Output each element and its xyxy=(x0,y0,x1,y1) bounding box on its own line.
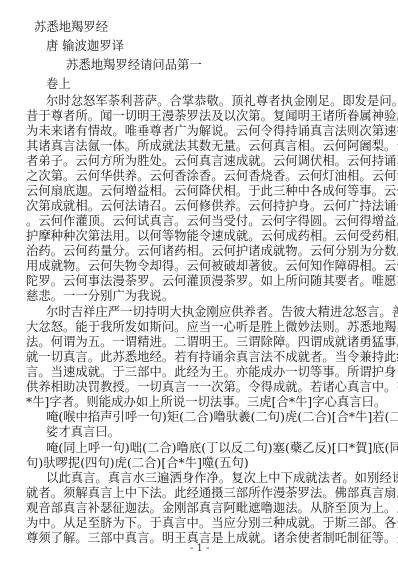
text-line: 者弟子。云何方所为胜处。云何真言速成就。云何调伏相。云何持诵真言方便 xyxy=(26,154,398,169)
mantra-line: 唵(喉中掐声引呼一句)矩(二合)噜驮羲(二句)虎(二合)[合*牛]若(二句) xyxy=(46,410,398,425)
text-line: 尊须了解。三部中真言。明王真言是上成就。诸余使者制吒制征等。是下成就 xyxy=(26,531,398,546)
text-line: 言。当速成就。于三部中。此经为王。亦能成办一切等事。所谓护身召请结界 xyxy=(26,365,398,380)
text-line: 大忿怒。能于我所发如斯问。应当一心听是胜上微妙法则。苏悉地羯罗五庄严 xyxy=(26,320,398,335)
text-line: 就一切真言。此苏悉地经。若有持诵余真言法不成就者。当令兼持此经根本真 xyxy=(26,350,398,365)
text-line: 以此真言。真言水三遍洒身作净。复次上中下成就法者。如别经说。求成 xyxy=(46,471,398,486)
text-line: 陀罗。云何事法漫荼罗。云何灌顶漫荼罗。如上所问随其要者。唯愿尊者具大 xyxy=(26,274,398,289)
text-line: 用成就物。云何失物令却得。云何被破却著彼。云何知作障碍相。云何成就漫 xyxy=(26,259,398,274)
text-line: 之次第。云何华供养。云何香涂香。云何香烧香。云何灯油相。云何食供养。 xyxy=(26,169,398,184)
text-line: 护摩种种次第法用。以何等物能令速成就。云何成药相。云何受药相。云何净 xyxy=(26,229,398,244)
sutra-title: 苏悉地羯罗经 xyxy=(34,20,108,35)
page-number: - 1 - xyxy=(190,543,209,555)
text-line: 尔时忿怒军荼利菩萨。合掌恭敬。顶礼尊者执金刚足。即发是问。我时往 xyxy=(46,94,398,109)
text-line: 法。何谓为五。一谓精进。二谓明王。三谓除障。四谓成就诸勇猛事。五谓成 xyxy=(26,335,398,350)
text-line: 云何扇底迦。云何增益相。云何降伏相。于此三种中各成何等事。云何上中下 xyxy=(26,184,398,199)
text-line: 其诸真言法氤一体。所成就法其数无量。云何真言相。云何阿阇梨。云何成就 xyxy=(26,139,398,154)
text-line: 昔于尊者所。闻一切明王漫荼罗法及以次第。复闻明王诸所眷属神验威德。愿 xyxy=(26,109,398,124)
mantra-line: 娑才真言曰。 xyxy=(46,425,120,440)
mantra-line: 句)驮啰抳(四句)虎(二合)[合*牛]噬(五句) xyxy=(26,456,249,471)
translator-line: 唐 输波迦罗译 xyxy=(46,39,124,54)
text-line: 观音部真言补瑟征迦法。金刚部真言阿毗遮噜迦法。从脐至顶为上。从脐至膝 xyxy=(26,501,398,516)
mantra-line: 唵(同上呼一句)咄(二合)噜底(丁以反二句)塞(蘗乙反)[口*賀]底(同上三 xyxy=(46,441,398,456)
text-line: 尔时吉祥庄严一切持明大执金刚应供养者。告彼大精进忿怒言。善哉善哉 xyxy=(46,305,398,320)
text-line: *牛]字者。则能成办如上所说一切法事。三虎[合*牛]字心真言曰。 xyxy=(26,395,386,410)
chapter-title: 苏悉地羯罗经请问品第一 xyxy=(66,58,202,73)
text-line: 供养相助决罚教授。一切真言一一次第。令得成就。若诸心真言中。有三虎[合 xyxy=(26,380,398,395)
text-line: 。云何作灌顶。云何试真言。云何当受付。云何字得圆。云何得增益。云何作 xyxy=(26,214,398,229)
text-line: 治药。云何药量分。云何诸药相。云何护诸成就物。云何分别为分数。云何受 xyxy=(26,244,398,259)
text-line: 为中。从足至脐为下。于真言中。当应分别三种成就。于斯三部。各分为三。 xyxy=(26,516,398,531)
document-page: 苏悉地羯罗经 唐 输波迦罗译 苏悉地羯罗经请问品第一 卷上 尔时忿怒军荼利菩萨。… xyxy=(0,0,398,563)
text-line: 慈悲。一一分别广为我说。 xyxy=(26,289,174,304)
text-line: 就者。须解真言上中下法。此经通摄三部所作漫荼罗法。佛部真言扇底迦法。 xyxy=(26,486,398,501)
volume-label: 卷上 xyxy=(46,77,71,92)
text-line: 次第成就相。云何法请召。云何修供养。云何持护身。云何广持法诵何偈真言 xyxy=(26,199,398,214)
text-line: 为未来诸有情故。唯垂尊者广为解说。云何令得持诵真言法则次第速得成就。 xyxy=(26,124,398,139)
